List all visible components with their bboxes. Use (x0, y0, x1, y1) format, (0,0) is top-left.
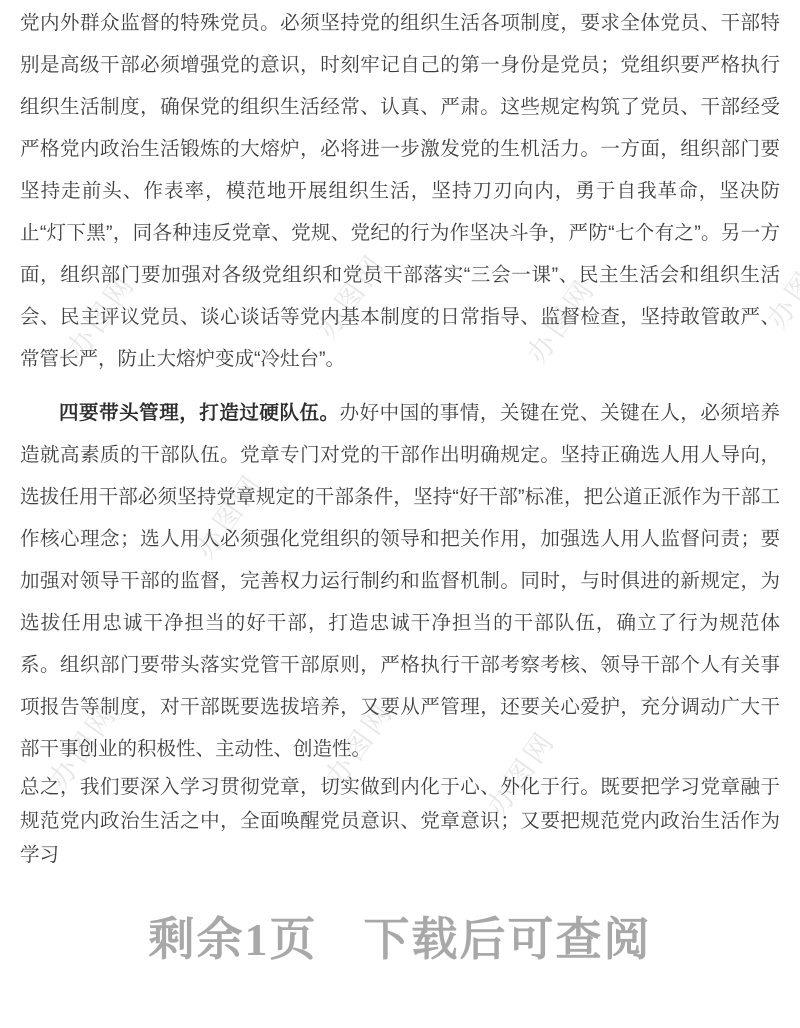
page-footer: 剩余1页下载后可查阅 (0, 912, 800, 968)
paragraph: 总之，我们要深入学习贯彻党章，切实做到内化于心、外化于行。既要把学习党章融于规范… (20, 770, 780, 872)
paragraph-text: 办好中国的事情，关键在党、关键在人，必须培养造就高素质的干部队伍。党章专门对党的… (20, 402, 780, 760)
paragraph-lead-bold: 四要带头管理，打造过硬队伍。 (59, 402, 340, 424)
paragraph: 党内外群众监督的特殊党员。必须坚持党的组织生活各项制度，要求全体党员、干部特别是… (20, 2, 780, 380)
document-page: 办图网 办图网 办图网 办图网 办图网 办图网 办图网 办图网 党内外群众监督的… (0, 0, 800, 1028)
download-hint-label: 下载后可查阅 (364, 914, 652, 965)
remaining-pages-label: 剩余1页 (149, 914, 318, 965)
paragraph: 四要带头管理，打造过硬队伍。办好中国的事情，关键在党、关键在人，必须培养造就高素… (20, 392, 780, 770)
document-content: 党内外群众监督的特殊党员。必须坚持党的组织生活各项制度，要求全体党员、干部特别是… (0, 0, 800, 872)
